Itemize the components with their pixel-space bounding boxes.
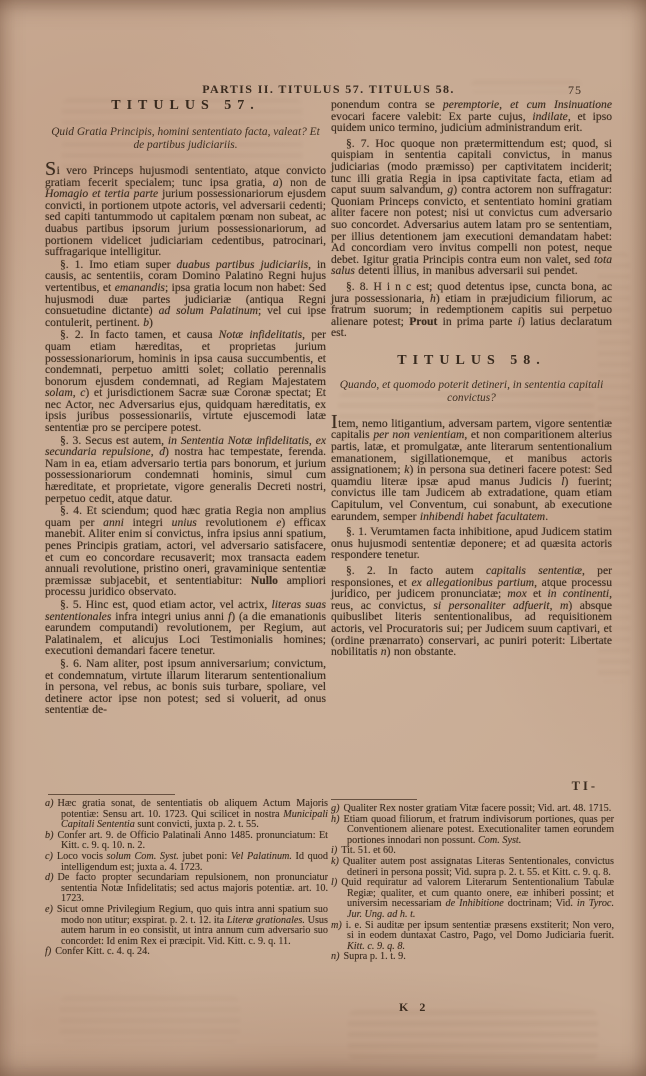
footnote: k)Qualiter autem post assignatas Literas… [331,857,614,878]
footnote-label: d) [45,872,54,883]
paragraph: §. 2. In facto tamen, et causa Notæ infi… [45,329,326,433]
footnote-label: i) [331,845,337,856]
signature-mark: K 2 [399,1000,429,1015]
footnote-label: k) [331,856,339,867]
footnote-text: i. e. Si auditæ per ipsum sententiæ præs… [346,920,614,952]
footnote-text: Hæc gratia sonat, de sententiatis ob ali… [58,798,329,830]
bleed-through-stain [60,996,240,1042]
footnote-text: Supra p. 1. t. 9. [344,951,406,962]
footnote: d)De facto propter secundariam repulsion… [45,873,328,905]
catchword: TI- [331,779,612,794]
footnote: l)Quid requiratur ad valorem Literarum S… [331,878,614,920]
footnote-separator [331,799,417,800]
paragraph-text: tem, nemo litigantium, adversam partem, … [331,417,612,523]
paragraph-text: i vero Princeps hujusmodi sententiato, a… [45,164,326,258]
paragraph-text: ponendum contra se peremptorie, et cum I… [331,98,612,134]
page-number: 75 [568,83,582,98]
paragraph: ponendum contra se peremptorie, et cum I… [331,99,612,134]
footnote-text: Confer Kitt. c. 4. q. 24. [55,946,150,957]
paragraph-text: §. 6. Nam aliter, post ipsum anniversari… [45,657,326,716]
paragraph: §. 7. Hoc quoque non prætermittendum est… [331,138,612,277]
footnote-label: h) [331,814,340,825]
titulus-58-heading: TITULUS 58. [331,353,612,369]
footnote-label: n) [331,951,340,962]
footnote: f)Confer Kitt. c. 4. q. 24. [45,947,328,958]
paragraph: §. 3. Secus est autem, in Sententia Notæ… [45,435,326,505]
footnote-separator [48,794,175,795]
footnote-text: Loco vocis solum Com. Syst. jubet poni: … [57,851,328,873]
page-header: PARTIS II. TITULUS 57. TITULUS 58. 75 [45,82,612,98]
footnote-label: f) [45,946,51,957]
footnote-label: a) [45,798,54,809]
right-column: ponendum contra se peremptorie, et cum I… [331,99,612,662]
footnote: b)Confer art. 9. de Officio Palatinali A… [45,831,328,852]
titulus-57-heading: TITULUS 57. [45,98,326,114]
footnote: c)Loco vocis solum Com. Syst. jubet poni… [45,852,328,873]
left-column: TITULUS 57. Quid Gratia Principis, homin… [45,98,326,717]
footnote-label: c) [45,851,53,862]
footnote-label: l) [331,877,337,888]
footnote-text: Etiam quoad filiorum, et fratrum indivis… [344,814,615,846]
paragraph: §. 1. Imo etiam super duabus partibus ju… [45,259,326,329]
paragraph: §. 4. Et sciendum; quod hæc gratia Regia… [45,505,326,598]
paragraph-text: §. 1. Verumtamen facta inhibitione, apud… [331,525,612,561]
paragraph: §. 2. In facto autem capitalis sententiæ… [331,565,612,658]
paragraph-text: §. 7. Hoc quoque non prætermittendum est… [331,137,612,278]
paragraph: Si vero Princeps hujusmodi sententiato, … [45,165,326,258]
footnote-text: Qualiter autem post assignatas Literas S… [343,856,614,878]
bleed-through-stain [348,1010,598,1060]
footnote-text: Quid requiratur ad valorem Literarum Sen… [341,877,614,920]
footnote-text: Tit. 51. et 60. [341,845,396,856]
paragraph: §. 1. Verumtamen facta inhibitione, apud… [331,526,612,561]
footnote-text: Sicut omne Privilegium Regium, quo quis … [57,904,328,947]
paragraph-text: §. 2. In facto tamen, et causa Notæ infi… [45,328,326,434]
footnote-label: m) [331,920,342,931]
titulus-57-subtitle: Quid Gratia Principis, homini sententiat… [49,126,322,152]
paragraph-text: §. 4. Et sciendum; quod hæc gratia Regia… [45,504,326,598]
paragraph: §. 5. Hinc est, quod etiam actor, vel ac… [45,599,326,657]
paragraph-text: §. 8. H i n c est; quod detentus ipse, c… [331,280,612,339]
paragraph: §. 8. H i n c est; quod detentus ipse, c… [331,281,612,339]
titulus-58-subtitle: Quando, et quomodo poterit detineri, in … [335,379,608,405]
paragraph: §. 6. Nam aliter, post ipsum anniversari… [45,658,326,716]
footnote: n)Supra p. 1. t. 9. [331,952,614,963]
footnote-text: Qualiter Rex noster gratiam Vitæ facere … [344,803,612,814]
paragraph-text: §. 2. In facto autem capitalis sententiæ… [331,564,612,658]
footnotes-left: a)Hæc gratia sonat, de sententiatis ob a… [45,794,328,958]
running-header: PARTIS II. TITULUS 57. TITULUS 58. [45,82,612,97]
paragraph-text: §. 5. Hinc est, quod etiam actor, vel ac… [45,598,326,657]
footnote-label: b) [45,830,54,841]
footnote: h)Etiam quoad filiorum, et fratrum indiv… [331,815,614,847]
footnote: a)Hæc gratia sonat, de sententiatis ob a… [45,799,328,831]
paragraph-text: §. 3. Secus est autem, in Sententia Notæ… [45,434,326,505]
footnote-text: Confer art. 9. de Officio Palatinali Ann… [58,830,329,852]
paragraph: Item, nemo litigantium, adversam partem,… [331,418,612,522]
footnote-label: e) [45,904,53,915]
footnote-text: De facto propter secundariam repulsionem… [58,872,329,904]
footnote-label: g) [331,803,340,814]
footnote: m)i. e. Si auditæ per ipsum sententiæ pr… [331,921,614,953]
paragraph-text: §. 1. Imo etiam super duabus partibus ju… [45,258,326,329]
footnotes-right: g)Qualiter Rex noster gratiam Vitæ facer… [331,799,614,963]
book-page: PARTIS II. TITULUS 57. TITULUS 58. 75 TI… [0,0,646,1076]
footnote: e)Sicut omne Privilegium Regium, quo qui… [45,905,328,947]
